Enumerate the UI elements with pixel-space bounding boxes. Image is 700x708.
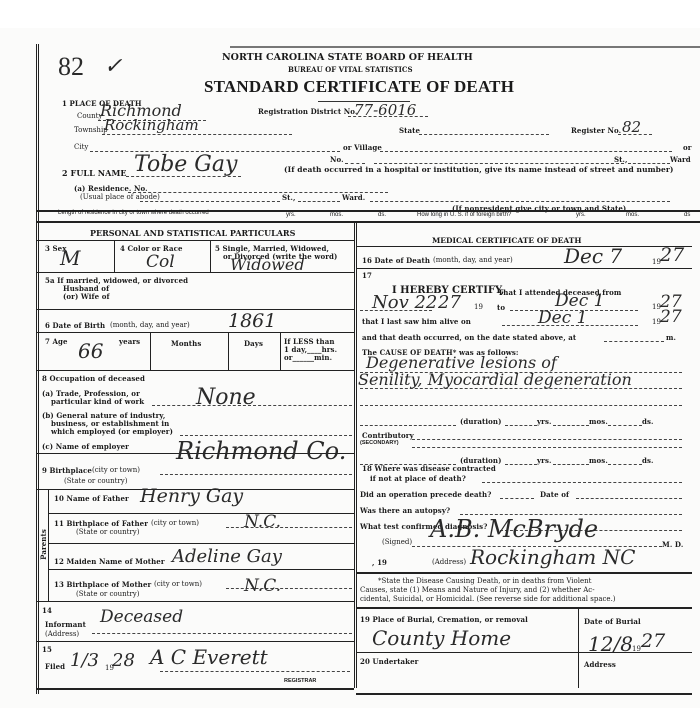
township-value: Rockingham bbox=[104, 116, 199, 134]
rule-row7 bbox=[36, 370, 354, 371]
divider-burial bbox=[578, 608, 579, 688]
reg-district-label: Registration District No. bbox=[258, 107, 357, 116]
city-label: City bbox=[74, 143, 88, 151]
filed-year-value: 28 bbox=[112, 650, 135, 671]
duration-mos-1: mos. bbox=[589, 417, 608, 426]
days-label: Days bbox=[244, 339, 263, 348]
burial-year-value: 27 bbox=[641, 630, 665, 652]
dod-year-value: 27 bbox=[660, 244, 684, 266]
length-residence-label: Length of residence in city or town wher… bbox=[58, 210, 209, 216]
registrar-label: REGISTRAR bbox=[284, 678, 316, 684]
cause-line-3 bbox=[360, 405, 682, 406]
occ-c-label: (c) Name of employer bbox=[42, 442, 129, 451]
undertaker-label: 20 Undertaker bbox=[360, 657, 418, 666]
mother-label: 12 Maiden Name of Mother bbox=[54, 557, 165, 566]
rule-row14 bbox=[36, 641, 354, 642]
township-line bbox=[102, 134, 292, 135]
spouse-label-3: (or) Wife of bbox=[63, 292, 110, 301]
page-number: 82 bbox=[58, 52, 84, 82]
rule-signature bbox=[356, 572, 692, 574]
center-divider bbox=[354, 222, 357, 688]
age-label: 7 Age bbox=[45, 337, 68, 346]
birthplace-label: 9 Birthplace bbox=[42, 466, 92, 475]
undertaker-address-label: Address bbox=[584, 660, 616, 669]
or-label: or bbox=[683, 143, 692, 152]
duration-ds-line-1 bbox=[608, 425, 642, 426]
full-name-label: 2 FULL NAME bbox=[62, 168, 127, 178]
length-yrs: yrs. bbox=[286, 212, 296, 218]
informant-label: Informant bbox=[45, 620, 86, 629]
rule-bottom-right bbox=[356, 693, 692, 695]
birthplace-line bbox=[160, 474, 352, 475]
personal-heading: PERSONAL AND STATISTICAL PARTICULARS bbox=[90, 228, 295, 238]
board-name: NORTH CAROLINA STATE BOARD OF HEALTH bbox=[222, 52, 473, 63]
foreign-ds: ds bbox=[684, 212, 690, 218]
dod-label: 16 Date of Death bbox=[362, 256, 430, 265]
birthplace-value: Richmond Co. bbox=[176, 437, 346, 465]
full-name-value: Tobe Gay bbox=[134, 152, 237, 177]
scan-margin bbox=[0, 0, 700, 28]
mother-bp-label: 13 Birthplace of Mother bbox=[54, 580, 151, 589]
duration-ds-2: ds. bbox=[642, 456, 654, 465]
registrar-signature: A C Everett bbox=[150, 645, 268, 669]
lastsaw-year-value: 27 bbox=[660, 307, 682, 327]
rule-bottom-left bbox=[36, 688, 354, 690]
township-label: Township bbox=[74, 126, 108, 134]
autopsy-label: Was there an autopsy? bbox=[360, 506, 450, 515]
signed-value: A.B. McBryde bbox=[430, 515, 598, 543]
residence-ward-label: Ward. bbox=[342, 193, 365, 202]
address-value: Rockingham NC bbox=[470, 545, 635, 569]
residence-sub: (Usual place of abode) bbox=[80, 193, 160, 201]
footnote-3: cidental, Suicidal, or Homicidal. (See r… bbox=[360, 595, 616, 603]
footnote-2: Causes, state (1) Means and Nature of In… bbox=[360, 586, 595, 594]
filed-date-value: 1/3 bbox=[70, 650, 99, 671]
rule-row19 bbox=[356, 652, 692, 653]
cause-value-2: Senility, Myocardial degeneration bbox=[358, 370, 632, 389]
residence-state-line bbox=[370, 201, 670, 202]
residence-line-2 bbox=[140, 201, 280, 202]
rule-below-length bbox=[36, 221, 700, 223]
state-label: State bbox=[399, 126, 420, 135]
item-17-num: 17 bbox=[362, 271, 372, 280]
street-no-line bbox=[345, 163, 365, 164]
rule-row16 bbox=[356, 268, 692, 269]
contributory-line bbox=[412, 439, 682, 440]
divider-sex bbox=[114, 240, 115, 272]
state-line bbox=[419, 134, 549, 135]
date-of-line bbox=[576, 498, 682, 499]
date19-label: , 19 bbox=[372, 558, 387, 567]
mother-value: Adeline Gay bbox=[172, 546, 282, 567]
rule-row6 bbox=[36, 332, 354, 333]
operation-label: Did an operation precede death? bbox=[360, 490, 491, 499]
father-bp-sub2: (State or country) bbox=[76, 528, 139, 536]
duration-mos-line-1 bbox=[553, 425, 589, 426]
check-mark-icon: ✓ bbox=[104, 54, 122, 79]
registrar-line bbox=[160, 671, 350, 672]
dod-value: Dec 7 bbox=[564, 244, 622, 268]
informant-num: 14 bbox=[42, 606, 52, 615]
duration-yrs-2: yrs. bbox=[537, 456, 552, 465]
contracted-line bbox=[482, 482, 682, 483]
street-line bbox=[374, 163, 624, 164]
divider-color bbox=[210, 240, 211, 272]
death-certificate: 82 ✓ NORTH CAROLINA STATE BOARD OF HEALT… bbox=[0, 0, 700, 708]
birthplace-sub2: (State or country) bbox=[64, 477, 127, 485]
operation-line bbox=[500, 498, 534, 499]
father-bp-sub: (city or town) bbox=[151, 519, 199, 527]
foreign-birth-label: How long in U. S. if of foreign birth? bbox=[417, 212, 511, 218]
filed-num: 15 bbox=[42, 645, 52, 654]
occurred-label: and that death occurred, on the date sta… bbox=[362, 333, 576, 342]
from-value: Nov 22 bbox=[372, 292, 437, 313]
occ-b-label-3: which employed (or employer) bbox=[51, 427, 173, 436]
contracted-label-2: if not at place of death? bbox=[370, 474, 466, 483]
st-label: St., bbox=[614, 155, 628, 164]
years-label: years bbox=[119, 337, 140, 346]
color-value: Col bbox=[146, 252, 175, 272]
address-label: (Address) bbox=[432, 558, 466, 566]
rule-row3 bbox=[36, 272, 354, 273]
occ-b-line bbox=[180, 435, 352, 436]
duration-mos-line-2 bbox=[553, 464, 589, 465]
dod-sub: (month, day, and year) bbox=[433, 256, 513, 264]
full-name-note: (If death occurred in a hospital or inst… bbox=[284, 165, 674, 174]
contributory-label: Contributory bbox=[362, 431, 414, 440]
rule-row5a bbox=[36, 309, 354, 310]
ward-label: Ward bbox=[670, 155, 691, 164]
divider-months bbox=[228, 332, 229, 370]
lastsaw-label: that I last saw him alive on bbox=[362, 317, 471, 326]
residence-ward-line bbox=[298, 201, 340, 202]
burial-label: 19 Place of Burial, Cremation, or remova… bbox=[360, 615, 528, 624]
duration-ds-1: ds. bbox=[642, 417, 654, 426]
occ-a-label-2: particular kind of work bbox=[51, 397, 144, 406]
occupation-label: 8 Occupation of deceased bbox=[42, 374, 145, 383]
mother-bp-sub: (city or town) bbox=[154, 580, 202, 588]
rule-medical bbox=[356, 246, 692, 247]
foreign-yrs: yrs. bbox=[576, 212, 586, 218]
duration-ds-line-2 bbox=[608, 464, 642, 465]
street-no-label: No. bbox=[330, 155, 344, 164]
mother-bp-sub2: (State or country) bbox=[76, 590, 139, 598]
lastsaw-value: Dec 1 bbox=[538, 308, 587, 328]
birthplace-sub: (city or town) bbox=[92, 466, 140, 474]
village-label: or Village bbox=[343, 143, 382, 152]
frame-top bbox=[230, 46, 700, 48]
burial-date-label: Date of Burial bbox=[584, 617, 641, 626]
bureau-name: BUREAU OF VITAL STATISTICS bbox=[288, 65, 413, 74]
county-label: County bbox=[77, 112, 102, 120]
occurred-m: m. bbox=[666, 333, 676, 342]
dob-label: 6 Date of Birth bbox=[45, 321, 105, 330]
rule-row12 bbox=[48, 569, 354, 570]
dob-sub: (month, day, and year) bbox=[110, 321, 190, 329]
from-year-value: 27 bbox=[438, 292, 461, 313]
register-value: 82 bbox=[622, 118, 641, 136]
father-bp-label: 11 Birthplace of Father bbox=[54, 519, 148, 528]
footnote-1: *State the Disease Causing Death, or in … bbox=[378, 577, 591, 585]
burial-value: County Home bbox=[372, 626, 511, 650]
contracted-label-1: 18 Where was disease contracted bbox=[362, 464, 496, 473]
informant-address: (Address) bbox=[45, 630, 79, 638]
father-label: 10 Name of Father bbox=[54, 494, 129, 503]
duration-line-1 bbox=[360, 425, 456, 426]
divider-age bbox=[150, 332, 151, 370]
rule-footnote bbox=[356, 607, 692, 609]
medical-heading: MEDICAL CERTIFICATE OF DEATH bbox=[432, 236, 581, 245]
parents-label: Parents bbox=[39, 529, 48, 560]
village-line bbox=[380, 151, 672, 152]
residence-st-label: St., bbox=[282, 193, 296, 202]
duration-yrs-1: yrs. bbox=[537, 417, 552, 426]
duration-yrs-line-1 bbox=[505, 425, 537, 426]
informant-address-line bbox=[92, 633, 352, 634]
secondary-label: (SECONDARY) bbox=[360, 440, 399, 446]
ward-line bbox=[628, 163, 670, 164]
less-than-label-3: or______min. bbox=[284, 353, 332, 362]
from-year-prefix: 19 bbox=[474, 303, 483, 311]
rule-row11 bbox=[48, 543, 354, 544]
contributory-line-2 bbox=[412, 447, 682, 448]
occ-a-value: None bbox=[196, 385, 256, 410]
parents-divider bbox=[48, 489, 49, 601]
signed-label: (Signed) bbox=[382, 538, 412, 546]
occurred-line bbox=[604, 341, 664, 342]
length-ds: ds. bbox=[378, 212, 386, 218]
sex-value: M bbox=[60, 246, 80, 270]
dob-value: 1861 bbox=[228, 310, 276, 332]
divider-days bbox=[280, 332, 281, 370]
reg-district-value: 77-6016 bbox=[354, 101, 416, 119]
months-label: Months bbox=[171, 339, 201, 348]
duration-yrs-line-2 bbox=[505, 464, 537, 465]
date-of-label: Date of bbox=[540, 490, 569, 499]
certificate-title: STANDARD CERTIFICATE OF DEATH bbox=[204, 77, 514, 97]
informant-value: Deceased bbox=[100, 607, 183, 627]
mother-bp-value: N.C. bbox=[244, 576, 281, 596]
register-label: Register No. bbox=[571, 126, 621, 135]
rule-row13 bbox=[36, 601, 354, 602]
md-label: M. D. bbox=[662, 540, 683, 549]
to-label: to bbox=[497, 303, 505, 312]
filed-label: Filed bbox=[45, 662, 65, 671]
length-mos: mos. bbox=[330, 212, 343, 218]
rule-personal bbox=[36, 240, 354, 241]
age-value: 66 bbox=[78, 339, 103, 363]
frame-left bbox=[36, 44, 39, 694]
duration-label-1: (duration) bbox=[460, 417, 501, 426]
duration-mos-2: mos. bbox=[589, 456, 608, 465]
foreign-mos: mos. bbox=[626, 212, 639, 218]
father-bp-value: N.C. bbox=[244, 512, 281, 532]
father-value: Henry Gay bbox=[140, 485, 243, 507]
rule-row10 bbox=[48, 513, 354, 514]
